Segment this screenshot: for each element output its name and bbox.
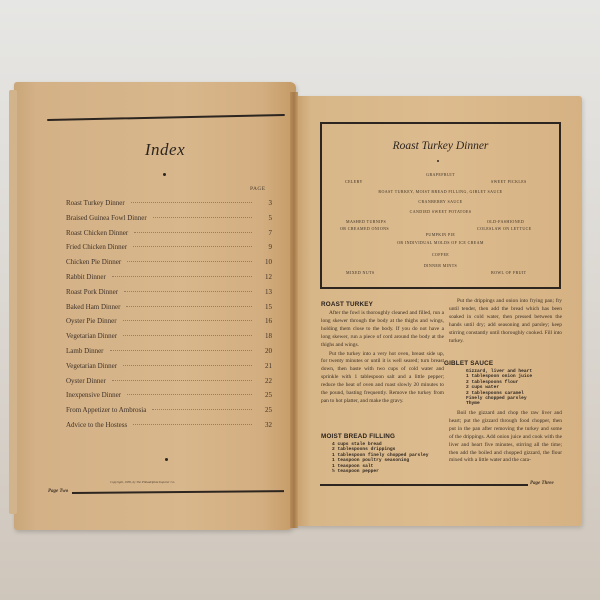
- bread-filling-paragraph: Put the drippings and onion into frying …: [449, 298, 562, 345]
- dot-leader: [127, 394, 252, 395]
- bread-filling-ingredients: 4 cups stale bread 2 tablespoons drippin…: [332, 442, 429, 474]
- entry-page: 12: [258, 273, 272, 281]
- dot-leader: [133, 424, 252, 425]
- menu-item-celery: Celery: [345, 179, 363, 184]
- open-booklet: Index PAGE Roast Turkey Dinner3 Braised …: [0, 0, 600, 600]
- bread-filling-heading: MOIST BREAD FILLING: [321, 433, 395, 440]
- index-entry: From Appetizer to Ambrosia25: [66, 406, 272, 421]
- page-column-header: PAGE: [250, 186, 265, 192]
- menu-item-candied-potatoes: Candied Sweet Potatoes: [320, 209, 561, 214]
- entry-page: 13: [258, 288, 272, 296]
- entry-page: 5: [258, 214, 272, 222]
- roast-turkey-paragraph-1: After the fowl is thoroughly cleaned and…: [321, 310, 444, 350]
- page-number-left: Page Two: [48, 489, 68, 494]
- dot-leader: [152, 409, 252, 410]
- menu-item-cranberry: Cranberry Sauce: [320, 199, 561, 204]
- ornament-dot: [165, 458, 168, 461]
- entry-page: 9: [258, 243, 272, 251]
- menu-item-ice-cream: or Individual Molds of Ice Cream: [320, 240, 561, 245]
- dot-leader: [112, 276, 252, 277]
- index-entry: Baked Ham Dinner15: [66, 303, 272, 318]
- entry-label: Roast Chicken Dinner: [66, 229, 128, 237]
- index-entry: Roast Pork Dinner13: [66, 288, 272, 303]
- entry-label: Braised Guinea Fowl Dinner: [66, 214, 147, 222]
- dot-leader: [123, 365, 252, 366]
- entry-label: Vegetarian Dinner: [66, 332, 117, 340]
- index-entry: Braised Guinea Fowl Dinner5: [66, 214, 272, 229]
- entry-page: 22: [258, 377, 272, 385]
- entry-page: 25: [258, 391, 272, 399]
- giblet-sauce-ingredients: Gizzard, liver and heart 1 tablespoon on…: [466, 369, 532, 407]
- index-entry: Roast Turkey Dinner3: [66, 199, 272, 214]
- dot-leader: [123, 320, 252, 321]
- entry-page: 20: [258, 347, 272, 355]
- entry-label: Inexpensive Dinner: [66, 391, 121, 399]
- index-list: Roast Turkey Dinner3 Braised Guinea Fowl…: [66, 199, 272, 436]
- index-entry: Oyster Dinner22: [66, 377, 272, 392]
- menu-item-onions: or Creamed Onions: [340, 226, 389, 231]
- entry-label: From Appetizer to Ambrosia: [66, 406, 146, 414]
- dot-leader: [126, 306, 252, 307]
- ingredient: ½ teaspoon pepper: [332, 469, 429, 474]
- copyright-line: Copyright, 1936, by The Philadelphia Inq…: [110, 480, 200, 484]
- index-entry: Vegetarian Dinner18: [66, 332, 272, 347]
- dot-leader: [133, 246, 252, 247]
- entry-page: 7: [258, 229, 272, 237]
- index-entry: Oyster Pie Dinner16: [66, 317, 272, 332]
- dot-leader: [134, 232, 252, 233]
- menu-item-mixed-nuts: Mixed Nuts: [346, 270, 375, 275]
- dot-leader: [127, 261, 252, 262]
- entry-page: 10: [258, 258, 272, 266]
- entry-label: Roast Turkey Dinner: [66, 199, 125, 207]
- index-entry: Fried Chicken Dinner9: [66, 243, 272, 258]
- entry-label: Vegetarian Dinner: [66, 362, 117, 370]
- ingredient: Thyme: [466, 401, 532, 406]
- index-entry: Vegetarian Dinner21: [66, 362, 272, 377]
- ornament-dot: [163, 173, 166, 176]
- bottom-rule-right: [320, 484, 528, 486]
- index-entry: Rabbit Dinner12: [66, 273, 272, 288]
- giblet-sauce-text: Boil the gizzard and chop the raw liver …: [449, 410, 562, 466]
- menu-item-main: Roast Turkey, Moist Bread Filling, Gible…: [320, 189, 561, 194]
- giblet-sauce-paragraph: Boil the gizzard and chop the raw liver …: [449, 410, 562, 465]
- entry-page: 21: [258, 362, 272, 370]
- index-entry: Roast Chicken Dinner7: [66, 229, 272, 244]
- entry-page: 16: [258, 317, 272, 325]
- bread-filling-text: Put the drippings and onion into frying …: [449, 298, 562, 346]
- menu-item-coleslaw: Coleslaw on Lettuce: [477, 226, 532, 231]
- dot-leader: [123, 335, 252, 336]
- index-entry: Lamb Dinner20: [66, 347, 272, 362]
- menu-item-dinner-mints: Dinner Mints: [320, 263, 561, 268]
- menu-item-grapefruit: Grapefruit: [320, 172, 561, 177]
- page-number-right: Page Three: [530, 481, 554, 486]
- menu-item-coffee: Coffee: [320, 252, 561, 257]
- entry-label: Lamb Dinner: [66, 347, 104, 355]
- entry-label: Chicken Pie Dinner: [66, 258, 121, 266]
- index-title: Index: [30, 140, 300, 160]
- entry-page: 32: [258, 421, 272, 429]
- dot-leader: [110, 350, 252, 351]
- entry-page: 18: [258, 332, 272, 340]
- dot-leader: [131, 202, 252, 203]
- entry-page: 15: [258, 303, 272, 311]
- entry-label: Rabbit Dinner: [66, 273, 106, 281]
- roast-turkey-paragraph-2: Put the turkey into a very hot oven, bre…: [321, 351, 444, 406]
- giblet-sauce-heading: GIBLET SAUCE: [444, 360, 493, 367]
- entry-label: Oyster Pie Dinner: [66, 317, 117, 325]
- menu-item-old-fashioned: Old-Fashioned: [487, 219, 524, 224]
- index-entry: Chicken Pie Dinner10: [66, 258, 272, 273]
- menu-title: Roast Turkey Dinner: [320, 140, 561, 152]
- menu-item-bowl-of-fruit: Bowl of Fruit: [491, 270, 527, 275]
- dot-leader: [153, 217, 252, 218]
- entry-label: Baked Ham Dinner: [66, 303, 120, 311]
- entry-label: Fried Chicken Dinner: [66, 243, 127, 251]
- entry-page: 3: [258, 199, 272, 207]
- menu-item-sweet-pickles: Sweet Pickles: [491, 179, 527, 184]
- index-entry: Inexpensive Dinner25: [66, 391, 272, 406]
- entry-label: Oyster Dinner: [66, 377, 106, 385]
- roast-turkey-text: After the fowl is thoroughly cleaned and…: [321, 310, 444, 407]
- entry-page: 25: [258, 406, 272, 414]
- ornament-dot: [437, 160, 439, 162]
- menu-item-pumpkin-pie: Pumpkin Pie: [320, 232, 561, 237]
- dot-leader: [112, 380, 252, 381]
- dot-leader: [124, 291, 252, 292]
- entry-label: Advice to the Hostess: [66, 421, 127, 429]
- entry-label: Roast Pork Dinner: [66, 288, 118, 296]
- menu-item-turnips: Mashed Turnips: [346, 219, 386, 224]
- index-entry: Advice to the Hostess32: [66, 421, 272, 436]
- roast-turkey-heading: ROAST TURKEY: [321, 301, 373, 308]
